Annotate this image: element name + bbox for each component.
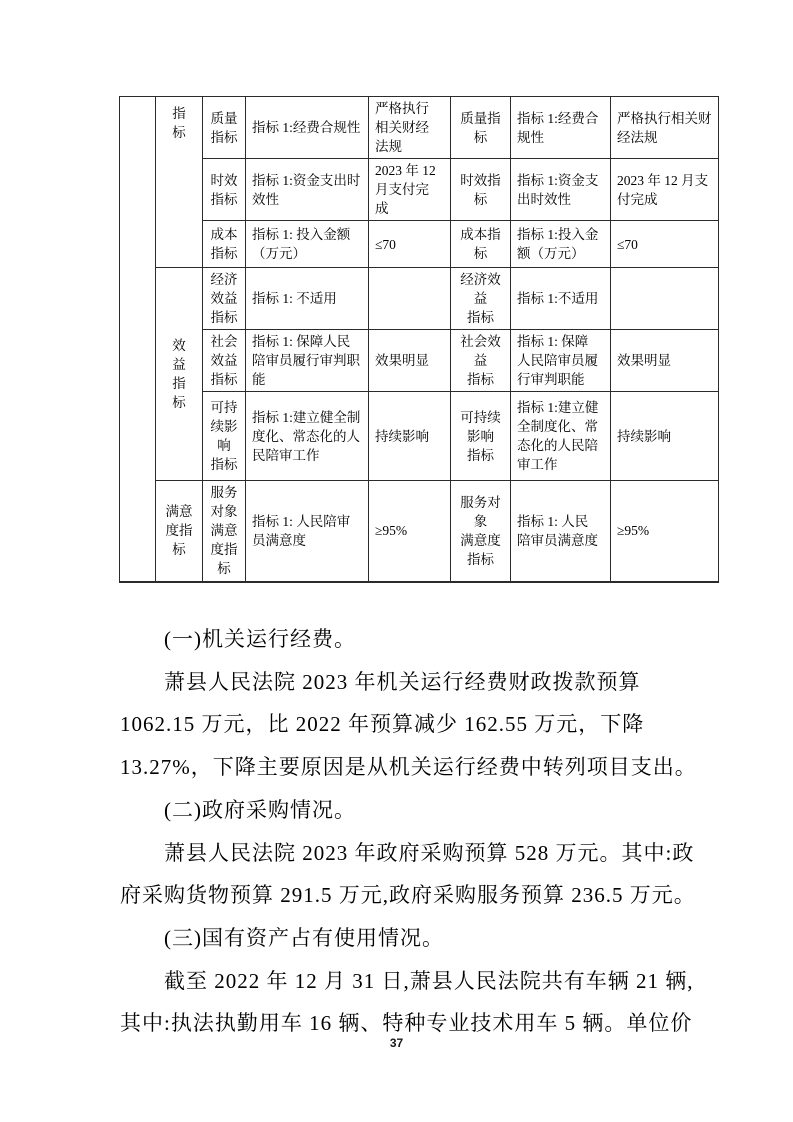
sub-indicator-cell-right: 可持续 影响 指标 xyxy=(451,392,511,481)
indicator-cell-right: 指标 1: 保障 人民陪审员履 行审判职能 xyxy=(511,330,611,392)
table-row: 指 标 质量 指标 指标 1:经费合规性 严格执行 相关财经 法规 质量指 标 … xyxy=(120,97,719,159)
target-cell-left: 持续影响 xyxy=(369,392,451,481)
target-cell-right: ≥95% xyxy=(611,481,719,582)
target-cell-left: 2023 年 12 月支付完 成 xyxy=(369,159,451,221)
indicator-cell-left: 指标 1: 人民陪审 员满意度 xyxy=(246,481,369,582)
group-cell-benefit: 效 益 指 标 xyxy=(156,268,203,481)
sub-indicator-cell-right: 服务对 象 满意度 指标 xyxy=(451,481,511,582)
sub-indicator-cell-left: 时效 指标 xyxy=(203,159,246,221)
target-cell-right: 严格执行相关财 经法规 xyxy=(611,97,719,159)
target-cell-right xyxy=(611,268,719,330)
sub-indicator-cell-right: 成本指 标 xyxy=(451,221,511,268)
indicator-cell-left: 指标 1:建立健全制 度化、常态化的人 民陪审工作 xyxy=(246,392,369,481)
target-cell-right: 2023 年 12 月支 付完成 xyxy=(611,159,719,221)
indicator-cell-right: 指标 1:投入金 额（万元） xyxy=(511,221,611,268)
sub-indicator-cell-left: 社会 效益 指标 xyxy=(203,330,246,392)
page-number: 37 xyxy=(0,1036,793,1050)
section-heading: (二)政府采购情况。 xyxy=(120,789,680,832)
body-line: 萧县人民法院 2023 年机关运行经费财政拨款预算 xyxy=(120,661,680,704)
performance-indicators-table: 指 标 质量 指标 指标 1:经费合规性 严格执行 相关财经 法规 质量指 标 … xyxy=(119,96,719,583)
document-page: 指 标 质量 指标 指标 1:经费合规性 严格执行 相关财经 法规 质量指 标 … xyxy=(0,0,793,1122)
indicator-cell-right: 指标 1: 人民 陪审员满意度 xyxy=(511,481,611,582)
indicator-cell-right: 指标 1:不适用 xyxy=(511,268,611,330)
table-row: 成本 指标 指标 1: 投入金额 （万元） ≤70 成本指 标 指标 1:投入金… xyxy=(120,221,719,268)
indicator-cell-left: 指标 1:资金支出时 效性 xyxy=(246,159,369,221)
sub-indicator-cell-left: 可持 续影 响 指标 xyxy=(203,392,246,481)
target-cell-right: 持续影响 xyxy=(611,392,719,481)
section-heading: (三)国有资产占有使用情况。 xyxy=(120,917,680,960)
sub-indicator-cell-right: 质量指 标 xyxy=(451,97,511,159)
sub-indicator-cell-right: 时效指 标 xyxy=(451,159,511,221)
sub-indicator-cell-right: 经济效 益 指标 xyxy=(451,268,511,330)
body-line: 13.27%，下降主要原因是从机关运行经费中转列项目支出。 xyxy=(120,746,680,789)
section-heading: (一)机关运行经费。 xyxy=(120,618,680,661)
indicator-cell-right: 指标 1:资金支 出时效性 xyxy=(511,159,611,221)
indicator-cell-left: 指标 1:经费合规性 xyxy=(246,97,369,159)
target-cell-right: ≤70 xyxy=(611,221,719,268)
sub-indicator-cell-left: 成本 指标 xyxy=(203,221,246,268)
indicator-cell-left: 指标 1: 不适用 xyxy=(246,268,369,330)
table-row: 时效 指标 指标 1:资金支出时 效性 2023 年 12 月支付完 成 时效指… xyxy=(120,159,719,221)
target-cell-left: 严格执行 相关财经 法规 xyxy=(369,97,451,159)
body-text: (一)机关运行经费。 萧县人民法院 2023 年机关运行经费财政拨款预算 106… xyxy=(120,618,680,1045)
spacer-cell xyxy=(120,97,156,582)
table-row: 可持 续影 响 指标 指标 1:建立健全制 度化、常态化的人 民陪审工作 持续影… xyxy=(120,392,719,481)
body-line: 萧县人民法院 2023 年政府采购预算 528 万元。其中:政 xyxy=(120,832,680,875)
table-row: 效 益 指 标 经济 效益 指标 指标 1: 不适用 经济效 益 指标 指标 1… xyxy=(120,268,719,330)
target-cell-right: 效果明显 xyxy=(611,330,719,392)
indicator-cell-right: 指标 1:经费合 规性 xyxy=(511,97,611,159)
body-line: 截至 2022 年 12 月 31 日,萧县人民法院共有车辆 21 辆, xyxy=(120,960,680,1003)
target-cell-left: ≤70 xyxy=(369,221,451,268)
table-row: 社会 效益 指标 指标 1: 保障人民 陪审员履行审判职 能 效果明显 社会效 … xyxy=(120,330,719,392)
body-line: 1062.15 万元，比 2022 年预算减少 162.55 万元，下降 xyxy=(120,703,680,746)
target-cell-left: ≥95% xyxy=(369,481,451,582)
target-cell-left xyxy=(369,268,451,330)
body-line: 府采购货物预算 291.5 万元,政府采购服务预算 236.5 万元。 xyxy=(120,874,680,917)
target-cell-left: 效果明显 xyxy=(369,330,451,392)
indicator-cell-right: 指标 1:建立健 全制度化、常 态化的人民陪 审工作 xyxy=(511,392,611,481)
indicator-cell-left: 指标 1: 保障人民 陪审员履行审判职 能 xyxy=(246,330,369,392)
sub-indicator-cell-left: 质量 指标 xyxy=(203,97,246,159)
sub-indicator-cell-left: 经济 效益 指标 xyxy=(203,268,246,330)
group-cell-indicator: 指 标 xyxy=(156,97,203,268)
indicator-cell-left: 指标 1: 投入金额 （万元） xyxy=(246,221,369,268)
sub-indicator-cell-right: 社会效 益 指标 xyxy=(451,330,511,392)
table-row: 满意 度指 标 服务 对象 满意 度指 标 指标 1: 人民陪审 员满意度 ≥9… xyxy=(120,481,719,582)
group-cell-satisfaction: 满意 度指 标 xyxy=(156,481,203,582)
sub-indicator-cell-left: 服务 对象 满意 度指 标 xyxy=(203,481,246,582)
